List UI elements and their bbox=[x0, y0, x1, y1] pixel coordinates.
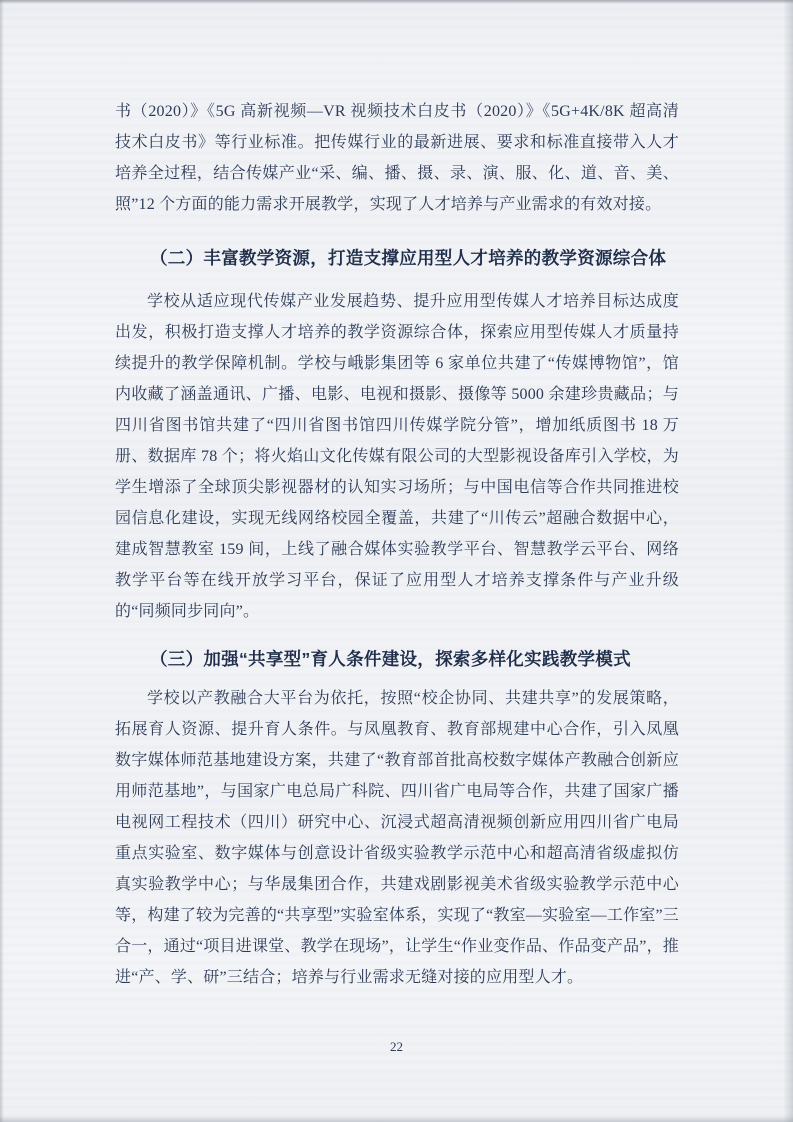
paragraph-continuation: 书（2020）》《5G 高新视频—VR 视频技术白皮书（2020）》《5G+4K… bbox=[115, 96, 679, 220]
scanned-document-page: { "document": { "language": "zh-CN", "pa… bbox=[0, 0, 793, 1122]
scan-edge-top bbox=[0, 0, 793, 4]
paragraph-section-3: 学校以产教融合大平台为依托，按照“校企协同、共建共享”的发展策略，拓展育人资源、… bbox=[115, 683, 679, 993]
section-heading-2: （二）丰富教学资源，打造支撑应用型人才培养的教学资源综合体 bbox=[115, 240, 679, 276]
page-footer: 22 bbox=[0, 1038, 793, 1056]
scan-edge-right bbox=[783, 0, 793, 1122]
paragraph-section-2: 学校从适应现代传媒产业发展趋势、提升应用型传媒人才培养目标达成度出发，积极打造支… bbox=[115, 286, 679, 627]
page-number: 22 bbox=[390, 1039, 403, 1054]
scan-edge-bottom bbox=[0, 1116, 793, 1122]
section-heading-3: （三）加强“共享型”育人条件建设，探索多样化实践教学模式 bbox=[115, 641, 679, 677]
document-text-block: 书（2020）》《5G 高新视频—VR 视频技术白皮书（2020）》《5G+4K… bbox=[115, 96, 679, 993]
scan-edge-left bbox=[0, 0, 4, 1122]
